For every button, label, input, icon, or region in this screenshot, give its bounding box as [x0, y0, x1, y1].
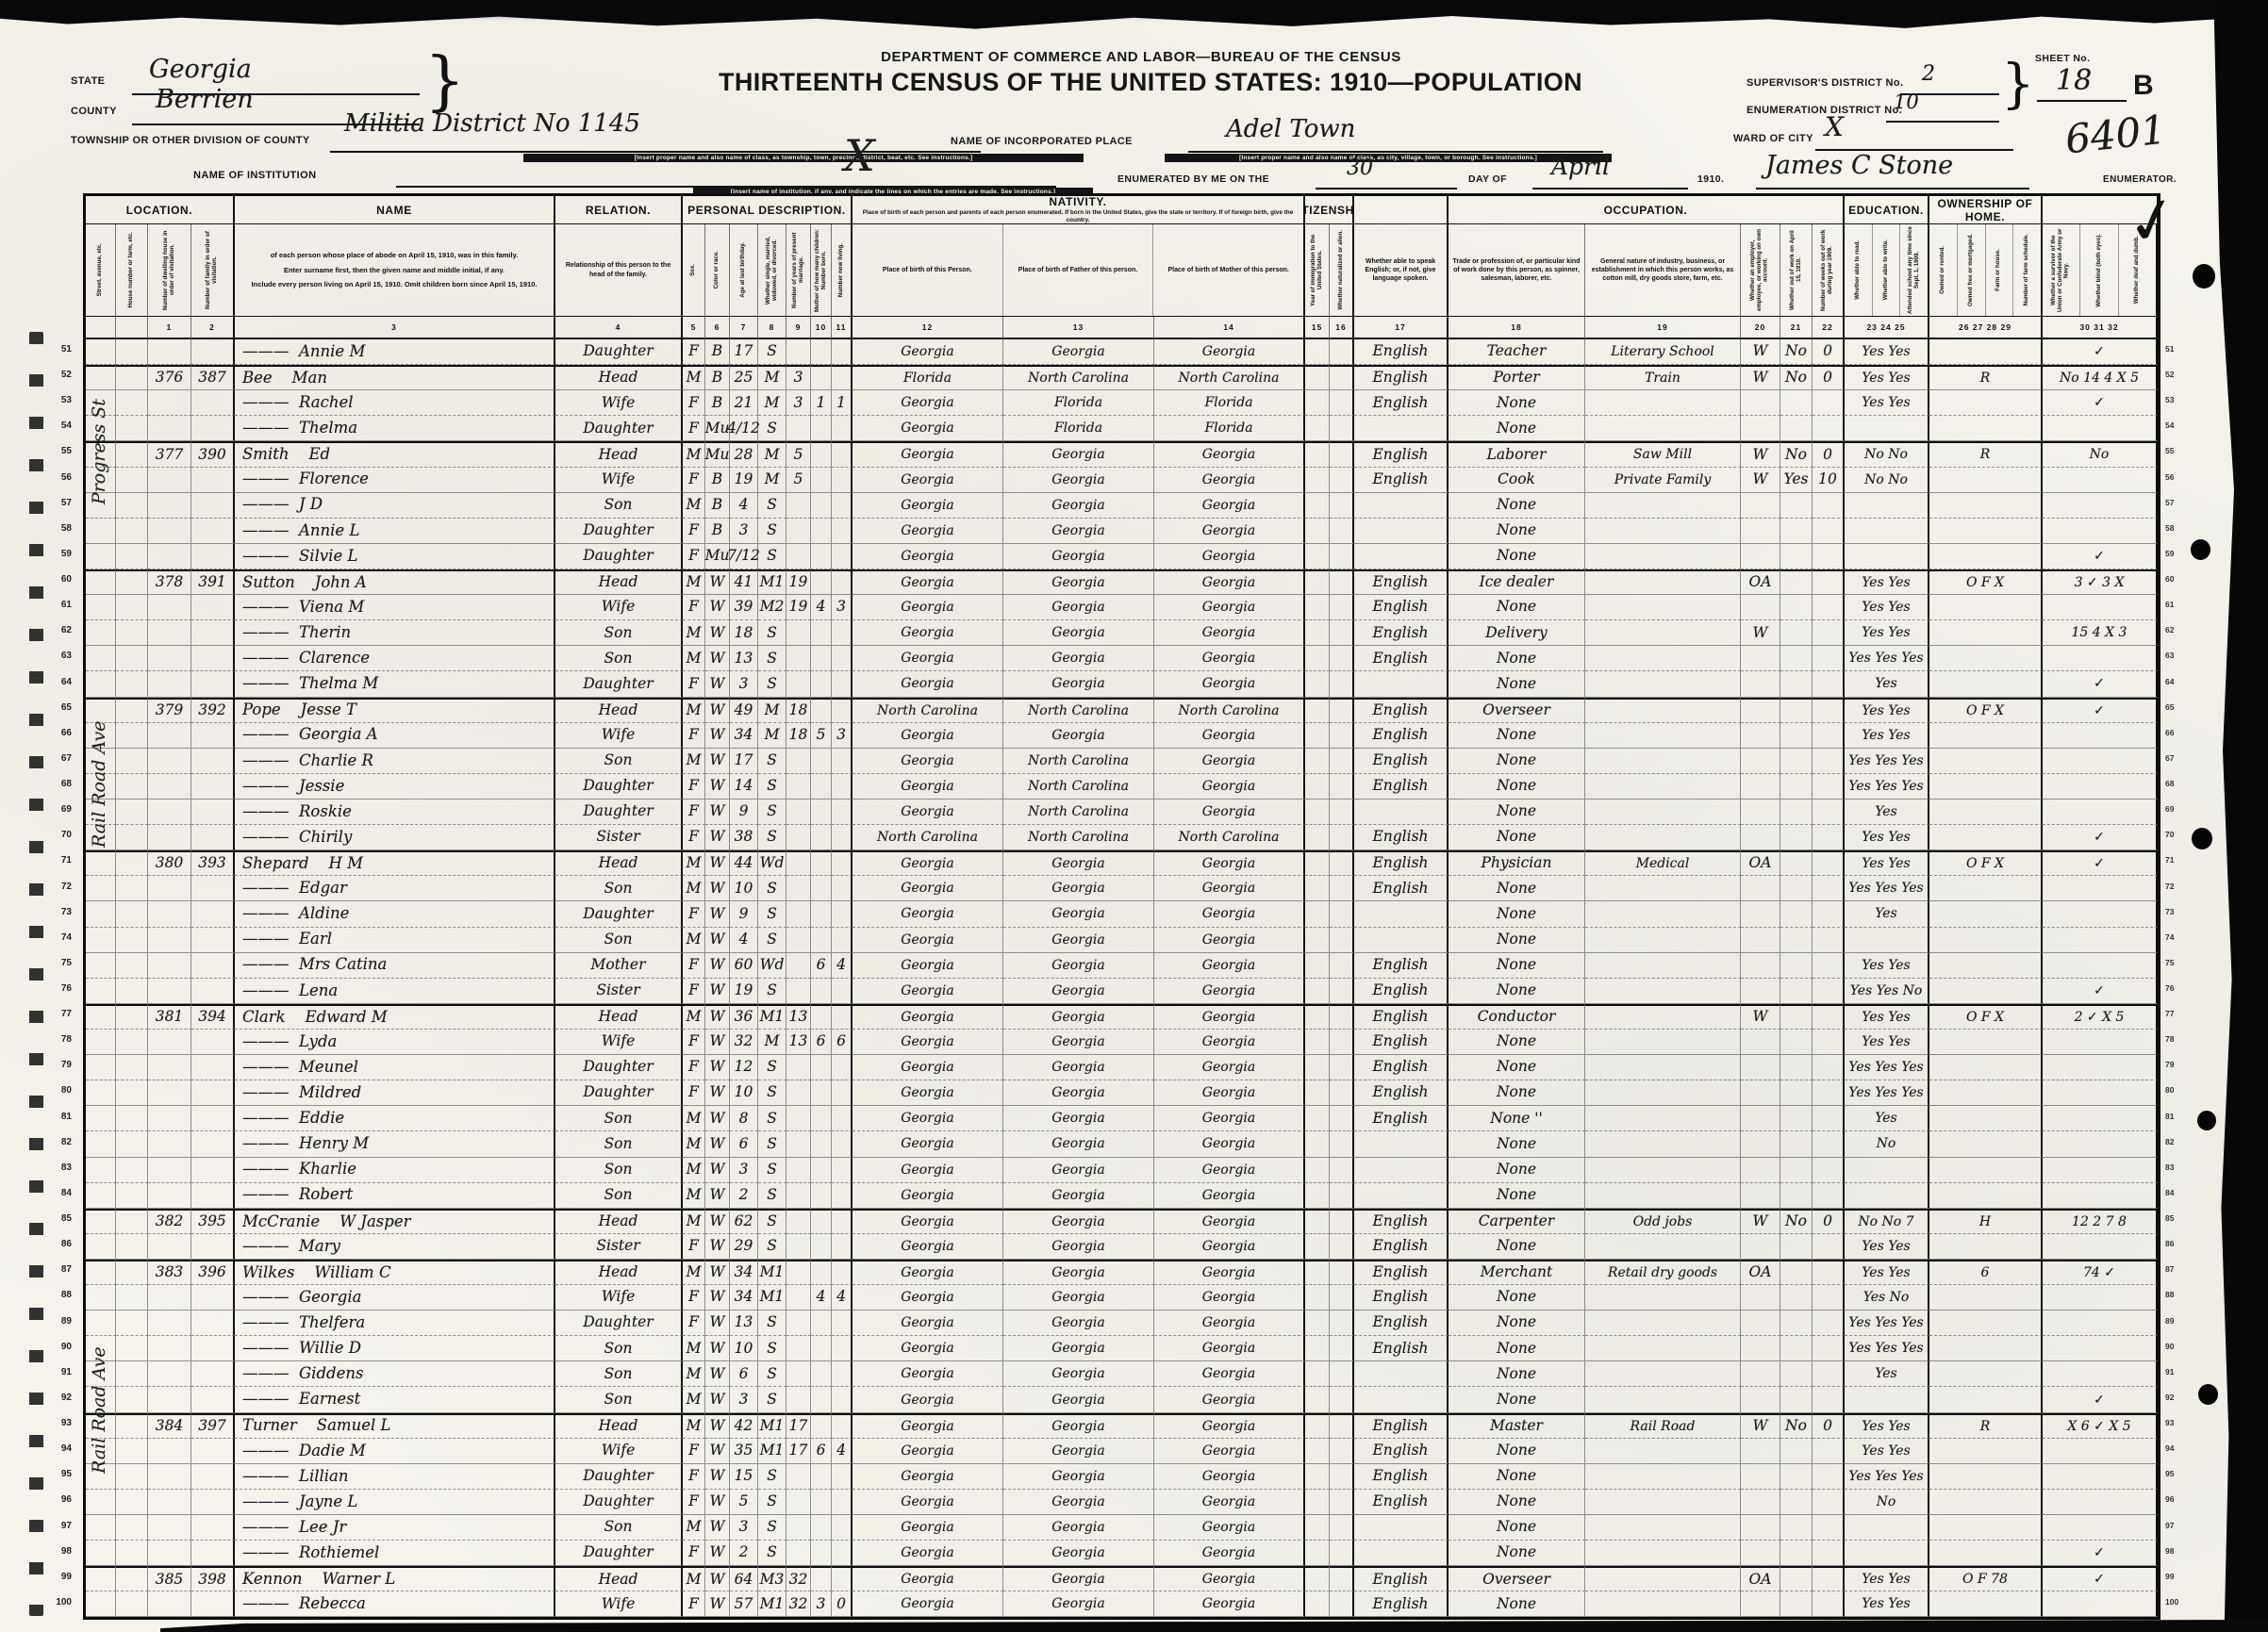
cell-cl — [832, 671, 853, 697]
colhead-c: Color or race. — [705, 224, 730, 317]
cell-d — [148, 671, 191, 697]
cell-h — [116, 1004, 148, 1030]
colhead-r: Relationship of this person to the head … — [555, 224, 683, 317]
cell-lg: English — [1354, 850, 1449, 876]
cell-tl — [2043, 1464, 2158, 1490]
cell-oc: None — [1449, 646, 1585, 671]
line-number-left: 86 — [47, 1239, 72, 1249]
cell-f — [191, 468, 235, 493]
cell-ow — [1780, 1055, 1813, 1080]
cell-mb: Georgia — [1154, 1106, 1305, 1131]
cell-lg: English — [1354, 1055, 1449, 1080]
cell-ho — [1929, 901, 2043, 927]
cell-im — [1305, 1413, 1330, 1439]
cell-ho — [1929, 1541, 2043, 1566]
cell-na — [1330, 339, 1354, 365]
cell-h — [116, 620, 148, 646]
cell-wk — [1813, 850, 1845, 876]
line-number-left: 89 — [47, 1316, 72, 1327]
cell-y — [786, 979, 811, 1004]
cell-ed: Yes Yes — [1845, 390, 1929, 416]
cell-d — [148, 1030, 191, 1055]
group-title: CITIZENSHIP. — [1305, 204, 1354, 217]
cell-tl: ✓ — [2043, 544, 2158, 569]
cell-ow — [1780, 646, 1813, 671]
cell-mb: Georgia — [1154, 800, 1305, 825]
cell-c: W — [705, 825, 730, 850]
cell-in — [1585, 1080, 1741, 1106]
cell-cl: 4 — [832, 1439, 853, 1464]
cell-bp: Georgia — [853, 1541, 1003, 1566]
cell-c: Mu — [705, 544, 730, 569]
cell-sx: F — [683, 1080, 705, 1106]
cell-cl — [832, 1260, 853, 1285]
line-number-right: 62 — [2165, 625, 2190, 635]
cell-fb: Georgia — [1003, 493, 1154, 519]
line-number-left: 96 — [47, 1494, 72, 1505]
cell-r: Wife — [555, 390, 683, 416]
colhead-cl: Number now living. — [832, 224, 853, 317]
cell-f — [191, 1336, 235, 1361]
cell-tl: ✓ — [2043, 850, 2158, 876]
cell-d — [148, 390, 191, 416]
colhead-tl-1-text: Whether blind (both eyes). — [2096, 232, 2103, 309]
cell-d — [148, 901, 191, 927]
cell-ow — [1780, 595, 1813, 620]
cell-h — [116, 825, 148, 850]
cell-n: ——— Giddens — [235, 1361, 555, 1387]
cell-h — [116, 544, 148, 569]
cell-ed: Yes Yes — [1845, 595, 1929, 620]
cell-h — [116, 749, 148, 774]
cell-ed: No — [1845, 1131, 1929, 1157]
line-number-right: 77 — [2165, 1009, 2190, 1018]
colhead-mb: Place of birth of Mother of this person. — [1152, 224, 1303, 316]
cell-h — [116, 390, 148, 416]
cell-sx: F — [683, 800, 705, 825]
cell-ed: Yes Yes — [1845, 1566, 1929, 1591]
cell-mb: North Carolina — [1154, 365, 1305, 390]
cell-bp: North Carolina — [853, 825, 1003, 850]
cell-im — [1305, 1055, 1330, 1080]
cell-f — [191, 671, 235, 697]
cell-sx: M — [683, 1336, 705, 1361]
group-title: NAME — [376, 204, 412, 217]
cell-mb: Georgia — [1154, 1131, 1305, 1157]
cell-mb: North Carolina — [1154, 825, 1305, 850]
enumeration-district-value: 10 — [1894, 91, 1919, 113]
cell-cb: 6 — [811, 953, 832, 979]
cell-d — [148, 519, 191, 544]
cell-h — [116, 1464, 148, 1490]
cell-mb: North Carolina — [1154, 698, 1305, 723]
cell-ed: Yes Yes Yes — [1845, 646, 1929, 671]
cell-oc: None — [1449, 1055, 1585, 1080]
cell-im — [1305, 519, 1330, 544]
cell-m: S — [758, 1209, 786, 1234]
cell-in — [1585, 928, 1741, 953]
cell-in: Train — [1585, 365, 1741, 390]
cell-in — [1585, 1541, 1741, 1566]
cell-sx: M — [683, 749, 705, 774]
cell-lg — [1354, 1131, 1449, 1157]
cell-oc: Overseer — [1449, 1566, 1585, 1591]
cell-m: M1 — [758, 1591, 786, 1617]
cell-r: Son — [555, 493, 683, 519]
cell-c: W — [705, 1387, 730, 1412]
cell-h — [116, 519, 148, 544]
cell-lg — [1354, 1158, 1449, 1183]
cell-im — [1305, 1260, 1330, 1285]
cell-ed: Yes Yes — [1845, 723, 1929, 749]
cell-in — [1585, 1055, 1741, 1080]
cell-cb: 1 — [811, 390, 832, 416]
cell-bp: Georgia — [853, 1285, 1003, 1311]
cell-wk — [1813, 1158, 1845, 1183]
cell-ed — [1845, 493, 1929, 519]
cell-ho: O F 78 — [1929, 1566, 2043, 1591]
cell-n: ——— Henry M — [235, 1131, 555, 1157]
cell-in — [1585, 953, 1741, 979]
cell-oc: Conductor — [1449, 1004, 1585, 1030]
cell-im — [1305, 979, 1330, 1004]
cell-mb: Florida — [1154, 390, 1305, 416]
cell-y — [786, 876, 811, 901]
cell-na — [1330, 928, 1354, 953]
cell-cs: W — [1741, 1004, 1780, 1030]
cell-d — [148, 1515, 191, 1541]
cell-lg — [1354, 901, 1449, 927]
colnum-m: 8 — [758, 317, 786, 339]
cell-r: Head — [555, 365, 683, 390]
cell-cl — [832, 749, 853, 774]
cell-lg: English — [1354, 1490, 1449, 1515]
colhead-ho-2: Farm or house. — [1985, 224, 2013, 316]
cell-ed: Yes Yes — [1845, 1234, 1929, 1260]
cell-fb: Georgia — [1003, 953, 1154, 979]
cell-bp: Georgia — [853, 519, 1003, 544]
cell-c: W — [705, 595, 730, 620]
cell-n: ——— Meunel — [235, 1055, 555, 1080]
cell-tl: 2 ✓ X 5 — [2043, 1004, 2158, 1030]
cell-cs: W — [1741, 1209, 1780, 1234]
cell-cs — [1741, 1591, 1780, 1617]
cell-r: Wife — [555, 468, 683, 493]
cell-c: B — [705, 339, 730, 365]
cell-ho — [1929, 800, 2043, 825]
cell-in — [1585, 1361, 1741, 1387]
cell-c: W — [705, 1158, 730, 1183]
cell-ow — [1780, 416, 1813, 441]
cell-y — [786, 416, 811, 441]
cell-cb — [811, 1566, 832, 1591]
cell-fb: Georgia — [1003, 544, 1154, 569]
cell-c: B — [705, 390, 730, 416]
cell-a: 34 — [730, 723, 758, 749]
cell-mb: Georgia — [1154, 1004, 1305, 1030]
cell-lg: English — [1354, 1106, 1449, 1131]
cell-a: 32 — [730, 1030, 758, 1055]
cell-im — [1305, 850, 1330, 876]
cell-in — [1585, 774, 1741, 800]
cell-wk — [1813, 1004, 1845, 1030]
cell-oc: Teacher — [1449, 339, 1585, 365]
cell-y: 32 — [786, 1591, 811, 1617]
cell-f — [191, 749, 235, 774]
state-value: Georgia — [149, 55, 252, 84]
cell-d: 383 — [148, 1260, 191, 1285]
cell-r: Son — [555, 1158, 683, 1183]
cell-m: M — [758, 698, 786, 723]
cell-ho — [1929, 544, 2043, 569]
cell-tl — [2043, 876, 2158, 901]
cell-im — [1305, 620, 1330, 646]
cell-cl — [832, 1490, 853, 1515]
colhead-cs-text: Whether an employer, employee, or workin… — [1750, 226, 1769, 314]
cell-a: 3 — [730, 1158, 758, 1183]
cell-sx: F — [683, 1055, 705, 1080]
cell-bp: Georgia — [853, 1209, 1003, 1234]
cell-y: 19 — [786, 595, 811, 620]
cell-in — [1585, 1387, 1741, 1412]
cell-y — [786, 953, 811, 979]
cell-y — [786, 1158, 811, 1183]
cell-na — [1330, 1515, 1354, 1541]
cell-oc: None — [1449, 1336, 1585, 1361]
cell-in — [1585, 749, 1741, 774]
cell-wk — [1813, 390, 1845, 416]
cell-mb: Georgia — [1154, 953, 1305, 979]
cell-cb — [811, 1158, 832, 1183]
cell-n: ——— Thelma — [235, 416, 555, 441]
cell-tl: 12 2 7 8 — [2043, 1209, 2158, 1234]
line-number-right: 85 — [2165, 1213, 2190, 1223]
cell-lg — [1354, 1183, 1449, 1209]
cell-d — [148, 1464, 191, 1490]
colnum-h — [116, 317, 148, 339]
line-number-right: 97 — [2165, 1521, 2190, 1530]
column-group-blank — [1354, 196, 1449, 224]
colhead-oc: Trade or profession of, or particular ki… — [1449, 224, 1585, 317]
cell-ow — [1780, 1387, 1813, 1412]
cell-cl — [832, 901, 853, 927]
cell-m: S — [758, 1131, 786, 1157]
cell-cs — [1741, 825, 1780, 850]
colhead-bp: Place of birth of this Person. — [853, 224, 1002, 316]
cell-f — [191, 901, 235, 927]
cell-n: Bee Man — [235, 365, 555, 390]
cell-lg: English — [1354, 1080, 1449, 1106]
cell-ed: Yes — [1845, 671, 1929, 697]
cell-bp: North Carolina — [853, 698, 1003, 723]
cell-wk — [1813, 1183, 1845, 1209]
colhead-sx: Sex. — [683, 224, 705, 317]
cell-na — [1330, 1490, 1354, 1515]
cell-c: W — [705, 876, 730, 901]
cell-a: 19 — [730, 468, 758, 493]
cell-oc: Carpenter — [1449, 1209, 1585, 1234]
cell-a: 6 — [730, 1361, 758, 1387]
cell-wk — [1813, 1285, 1845, 1311]
cell-h — [116, 1158, 148, 1183]
column-group-name: NAME — [235, 196, 555, 224]
cell-na — [1330, 1131, 1354, 1157]
cell-wk — [1813, 519, 1845, 544]
cell-fb: Georgia — [1003, 620, 1154, 646]
cell-a: 57 — [730, 1591, 758, 1617]
cell-mb: Georgia — [1154, 339, 1305, 365]
cell-c: W — [705, 671, 730, 697]
cell-ed — [1845, 1158, 1929, 1183]
cell-oc: None — [1449, 519, 1585, 544]
cell-lg: English — [1354, 749, 1449, 774]
cell-oc: None — [1449, 800, 1585, 825]
cell-ho — [1929, 519, 2043, 544]
cell-ed: Yes Yes — [1845, 1260, 1929, 1285]
cell-na — [1330, 901, 1354, 927]
line-number-left: 88 — [47, 1290, 72, 1300]
cell-ed: Yes Yes No — [1845, 979, 1929, 1004]
cell-n: ——— Florence — [235, 468, 555, 493]
cell-f — [191, 416, 235, 441]
line-number-right: 93 — [2165, 1418, 2190, 1427]
cell-d — [148, 1387, 191, 1412]
cell-fb: Georgia — [1003, 595, 1154, 620]
cell-fb: Georgia — [1003, 1183, 1154, 1209]
cell-fb: Georgia — [1003, 1311, 1154, 1336]
cell-ho — [1929, 825, 2043, 850]
cell-h — [116, 774, 148, 800]
line-number-right: 63 — [2165, 651, 2190, 660]
cell-wk — [1813, 1106, 1845, 1131]
cell-n: ——— Lena — [235, 979, 555, 1004]
colhead-y-text: Number of years of present marriage. — [792, 226, 805, 314]
cell-cl — [832, 698, 853, 723]
cell-y — [786, 1387, 811, 1412]
cell-c: W — [705, 646, 730, 671]
cell-na — [1330, 1260, 1354, 1285]
cell-r: Son — [555, 928, 683, 953]
line-number-right: 65 — [2165, 702, 2190, 712]
cell-cl — [832, 620, 853, 646]
colhead-ho-0-text: Owned or rented. — [1940, 244, 1946, 296]
cell-mb: Georgia — [1154, 1336, 1305, 1361]
cell-fb: North Carolina — [1003, 825, 1154, 850]
line-number-left: 68 — [47, 779, 72, 789]
cell-cs — [1741, 1055, 1780, 1080]
line-number-right: 88 — [2165, 1290, 2190, 1299]
cell-cb — [811, 1004, 832, 1030]
cell-m: M — [758, 723, 786, 749]
cell-n: ——— Georgia — [235, 1285, 555, 1311]
cell-fb: Georgia — [1003, 1439, 1154, 1464]
punch-hole-4 — [2197, 1111, 2216, 1130]
cell-r: Daughter — [555, 339, 683, 365]
cell-ow: No — [1780, 1209, 1813, 1234]
cell-r: Daughter — [555, 901, 683, 927]
cell-y — [786, 1209, 811, 1234]
cell-sx: M — [683, 1106, 705, 1131]
township-label: TOWNSHIP OR OTHER DIVISION OF COUNTY — [71, 135, 310, 146]
cell-h — [116, 953, 148, 979]
line-number-right: 70 — [2165, 830, 2190, 839]
cell-ed: No No — [1845, 468, 1929, 493]
cell-oc: None — [1449, 1158, 1585, 1183]
cell-m: S — [758, 416, 786, 441]
cell-sx: M — [683, 1413, 705, 1439]
cell-cb — [811, 468, 832, 493]
cell-sx: M — [683, 1260, 705, 1285]
cell-ho — [1929, 1106, 2043, 1131]
cell-cs: W — [1741, 468, 1780, 493]
cell-m: S — [758, 1234, 786, 1260]
line-number-right: 99 — [2165, 1572, 2190, 1581]
cell-y — [786, 1311, 811, 1336]
cell-tl: 3 ✓ 3 X — [2043, 569, 2158, 595]
cell-d — [148, 1311, 191, 1336]
cell-im — [1305, 928, 1330, 953]
cell-y — [786, 1055, 811, 1080]
group-title: NATIVITY. — [1049, 196, 1106, 208]
cell-d: 384 — [148, 1413, 191, 1439]
cell-wk — [1813, 901, 1845, 927]
cell-a: 5 — [730, 1490, 758, 1515]
line-number-left: 65 — [47, 702, 72, 713]
cell-y — [786, 1361, 811, 1387]
cell-in — [1585, 646, 1741, 671]
cell-h — [116, 441, 148, 467]
cell-c: W — [705, 1131, 730, 1157]
nativity-note: Place of birth of each person and parent… — [853, 208, 1303, 224]
left-perforation-marks — [29, 332, 43, 1616]
cell-sx: F — [683, 774, 705, 800]
cell-sx: F — [683, 339, 705, 365]
cell-n: McCranie W Jasper — [235, 1209, 555, 1234]
cell-ho — [1929, 928, 2043, 953]
cell-a: 9 — [730, 800, 758, 825]
cell-c: W — [705, 901, 730, 927]
cell-ho: H — [1929, 1209, 2043, 1234]
cell-h — [116, 1336, 148, 1361]
cell-d — [148, 1361, 191, 1387]
cell-wk — [1813, 1515, 1845, 1541]
line-number-right: 96 — [2165, 1494, 2190, 1504]
cell-oc: None — [1449, 1183, 1585, 1209]
cell-bp: Florida — [853, 365, 1003, 390]
cell-cb — [811, 901, 832, 927]
cell-n: ——— Lillian — [235, 1464, 555, 1490]
cell-m: S — [758, 1055, 786, 1080]
cell-cl — [832, 646, 853, 671]
cell-m: M2 — [758, 595, 786, 620]
cell-bp: Georgia — [853, 646, 1003, 671]
cell-wk: 0 — [1813, 1209, 1845, 1234]
punch-hole-3 — [2192, 828, 2212, 849]
cell-sx: F — [683, 953, 705, 979]
cell-tl — [2043, 723, 2158, 749]
cell-f — [191, 800, 235, 825]
colhead-na: Whether naturalized or alien. — [1330, 224, 1354, 317]
cell-cs: OA — [1741, 1260, 1780, 1285]
cell-f: 393 — [191, 850, 235, 876]
cell-ow — [1780, 1464, 1813, 1490]
cell-m: M1 — [758, 1004, 786, 1030]
cell-fb: Georgia — [1003, 1285, 1154, 1311]
cell-in — [1585, 1336, 1741, 1361]
signature-line — [1756, 188, 2029, 190]
cell-f — [191, 1106, 235, 1131]
cell-y: 32 — [786, 1566, 811, 1591]
